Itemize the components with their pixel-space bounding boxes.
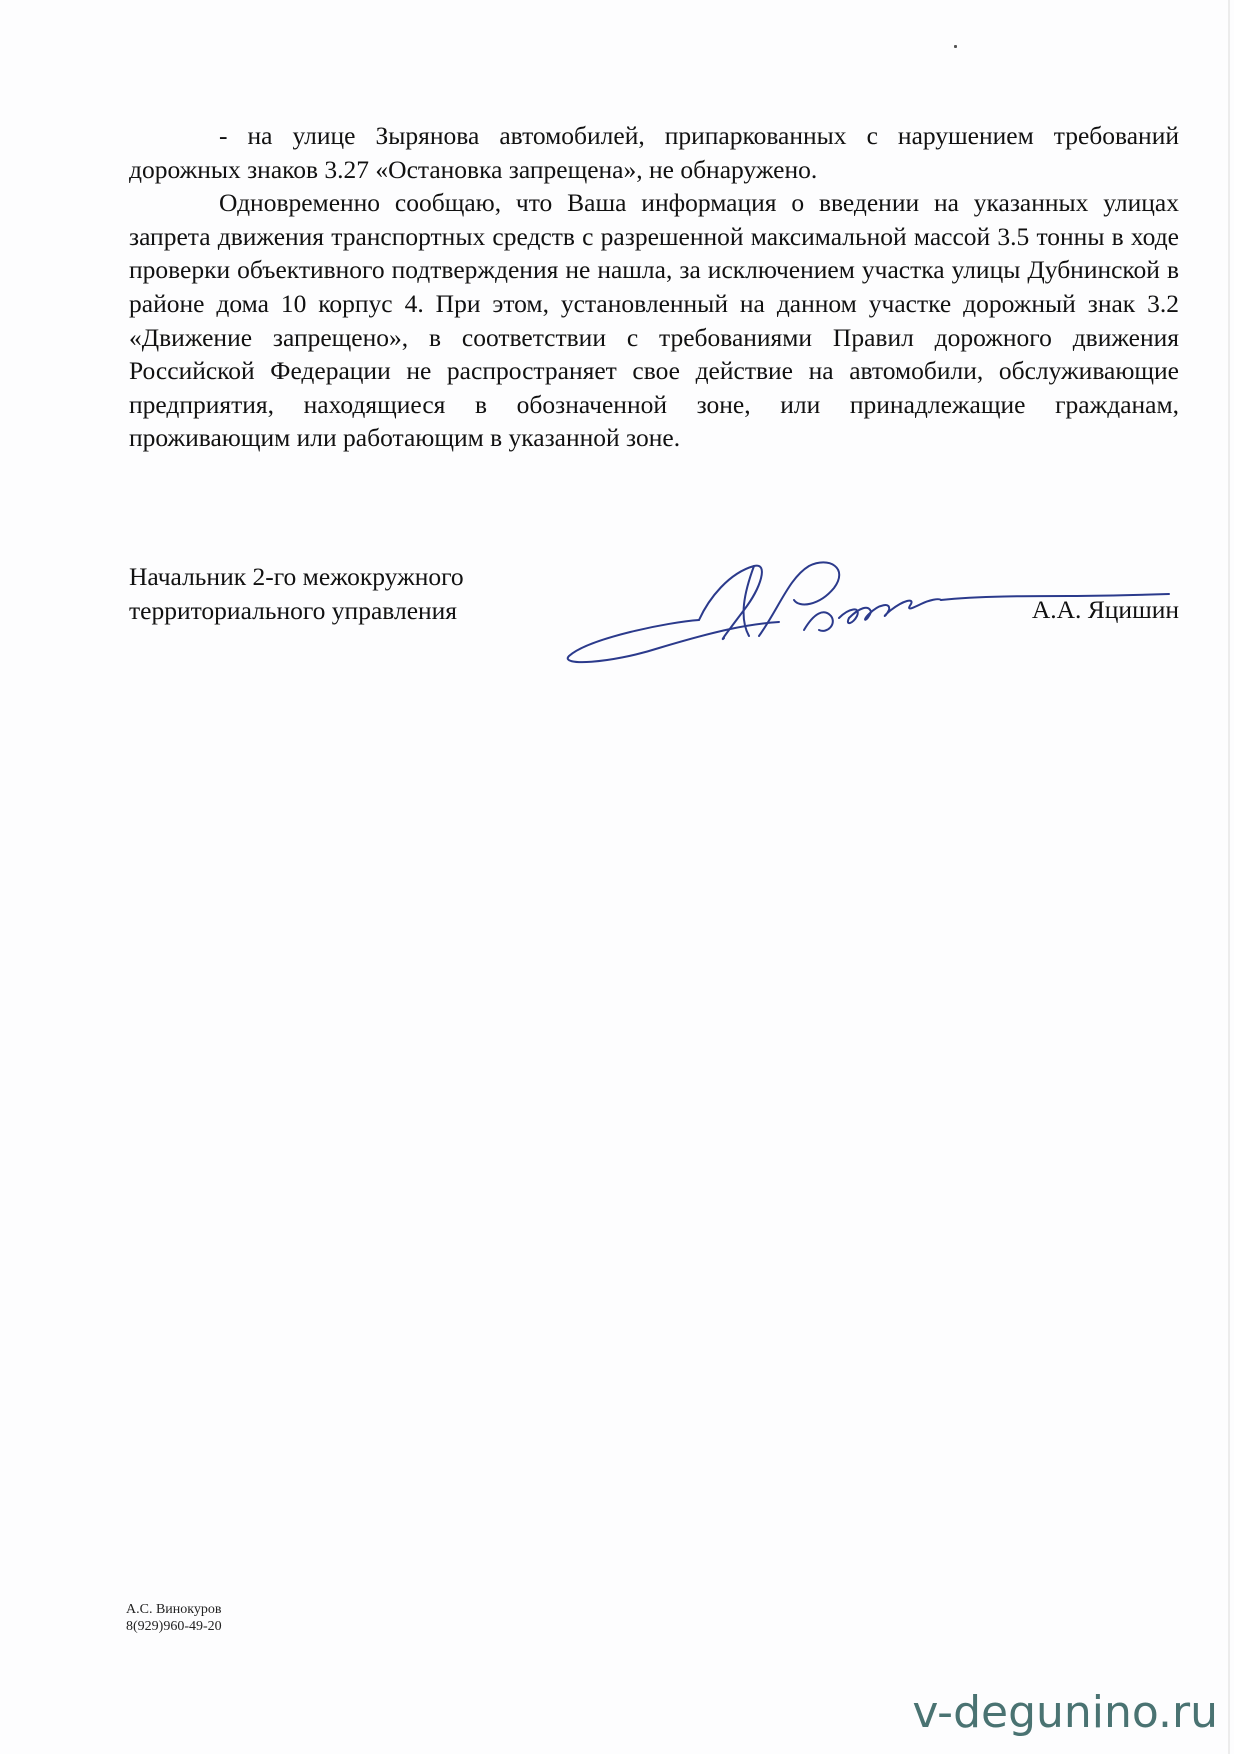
position-line-2: территориального управления (129, 594, 464, 628)
paragraph-restriction-info: Одновременно сообщаю, что Ваша информаци… (129, 186, 1179, 455)
letter-body: - на улице Зырянова автомобилей, припарк… (129, 119, 1179, 455)
scan-speck (954, 45, 957, 48)
scan-edge (1228, 0, 1230, 1754)
signatory-position: Начальник 2-го межокружного территориаль… (129, 560, 464, 627)
signatory-name: А.А. Яцишин (1032, 593, 1179, 627)
executor-phone: 8(929)960-49-20 (126, 1618, 222, 1635)
executor-info: А.С. Винокуров 8(929)960-49-20 (126, 1601, 222, 1635)
document-page: - на улице Зырянова автомобилей, припарк… (0, 0, 1234, 1754)
executor-name: А.С. Винокуров (126, 1601, 222, 1618)
position-line-1: Начальник 2-го межокружного (129, 560, 464, 594)
signature-block: Начальник 2-го межокружного территориаль… (129, 560, 1179, 670)
site-watermark: v-degunino.ru (912, 1688, 1218, 1738)
paragraph-zyryanova: - на улице Зырянова автомобилей, припарк… (129, 119, 1179, 186)
